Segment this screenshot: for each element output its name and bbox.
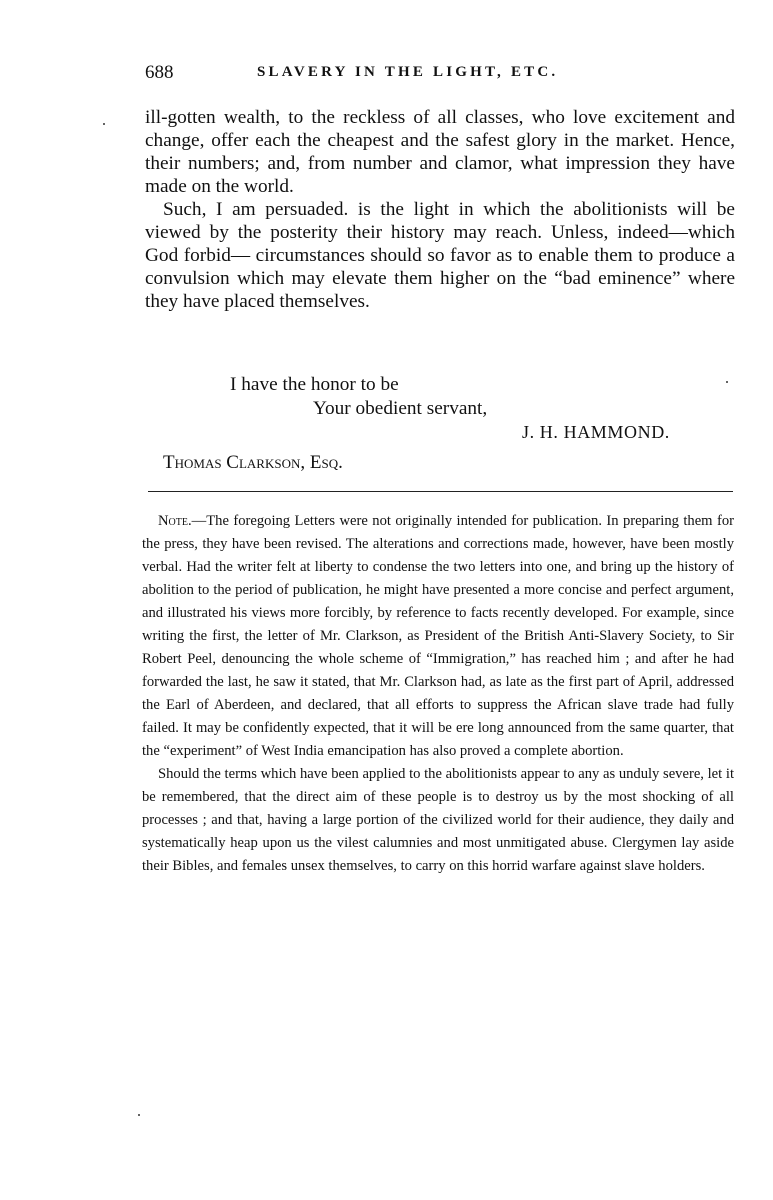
body-paragraph: Such, I am persuaded. is the light in wh…: [145, 198, 735, 313]
note-label: Note.: [158, 513, 192, 529]
note-paragraph: Should the terms which have been applied…: [142, 763, 734, 878]
body-paragraph: ill-gotten wealth, to the reckless of al…: [145, 106, 735, 198]
scan-speck: [138, 1114, 140, 1116]
scan-speck: [726, 381, 728, 383]
closing-line-honor: I have the honor to be: [230, 373, 399, 396]
section-divider: [148, 491, 733, 492]
page-header: 688 SLAVERY IN THE LIGHT, ETC.: [145, 62, 735, 90]
scan-speck: [103, 123, 105, 125]
addressee: Thomas Clarkson, Esq.: [163, 451, 343, 474]
note-paragraph: Note.—The foregoing Letters were not ori…: [142, 510, 734, 763]
main-body: ill-gotten wealth, to the reckless of al…: [145, 106, 735, 313]
page-number: 688: [145, 62, 174, 84]
closing-line-servant: Your obedient servant,: [313, 397, 487, 420]
note-paragraph-text: —The foregoing Letters were not original…: [142, 513, 734, 759]
running-title: SLAVERY IN THE LIGHT, ETC.: [257, 64, 558, 81]
footnote: Note.—The foregoing Letters were not ori…: [142, 510, 734, 878]
signature: J. H. HAMMOND.: [522, 421, 670, 444]
